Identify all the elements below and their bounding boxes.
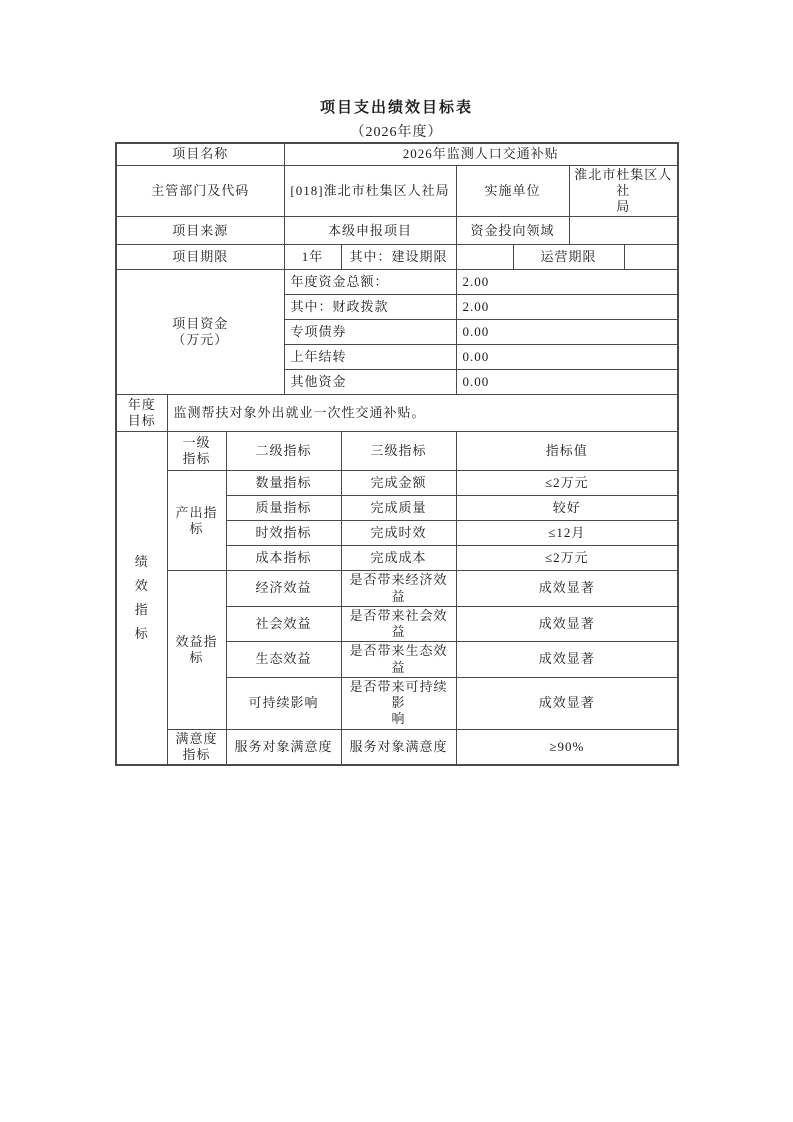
indicator-l3: 是否带来社会效益 (341, 606, 456, 642)
document-title: 项目支出绩效目标表 (0, 96, 793, 117)
project-source-label: 项目来源 (116, 217, 284, 245)
row-department: 主管部门及代码 [018]淮北市杜集区人社局 实施单位 淮北市杜集区人社 局 (116, 165, 678, 217)
document-page: 项目支出绩效目标表 （2026年度） 项目名称 2026年监测人口交通补贴 主管… (0, 0, 793, 1122)
indicator-value: 成效显著 (456, 571, 678, 607)
indicator-value: ≤12月 (456, 521, 678, 546)
project-name-value: 2026年监测人口交通补贴 (284, 143, 678, 165)
build-period-label: 其中：建设期限 (341, 245, 456, 270)
header-level2: 二级指标 (226, 432, 341, 471)
operate-period-value (624, 245, 678, 270)
indicator-l3: 是否带来生态效益 (341, 642, 456, 678)
fund-row: 项目资金 （万元） 年度资金总额： 2.00 (116, 270, 678, 295)
indicator-l2: 质量指标 (226, 496, 341, 521)
project-name-label: 项目名称 (116, 143, 284, 165)
impl-unit-label: 实施单位 (456, 165, 569, 217)
group-benefit-label: 效益指 标 (167, 571, 226, 729)
group-output-label: 产出指 标 (167, 471, 226, 571)
row-annual-goal: 年度 目标 监测帮扶对象外出就业一次性交通补贴。 (116, 395, 678, 432)
fund-row-value: 0.00 (456, 345, 678, 370)
fund-field-value (569, 217, 678, 245)
fund-row-value: 2.00 (456, 270, 678, 295)
performance-target-table: 项目名称 2026年监测人口交通补贴 主管部门及代码 [018]淮北市杜集区人社… (115, 142, 679, 766)
operate-period-label: 运营期限 (513, 245, 624, 270)
indicator-header-row: 绩 效 指 标 一级 指标 二级指标 三级指标 指标值 (116, 432, 678, 471)
row-project-name: 项目名称 2026年监测人口交通补贴 (116, 143, 678, 165)
indicator-value: 成效显著 (456, 642, 678, 678)
indicator-l3: 完成时效 (341, 521, 456, 546)
annual-goal-label: 年度 目标 (116, 395, 167, 432)
indicator-row: 产出指 标 数量指标 完成金额 ≤2万元 (116, 471, 678, 496)
indicator-l2: 社会效益 (226, 606, 341, 642)
fund-row-value: 0.00 (456, 320, 678, 345)
header-value: 指标值 (456, 432, 678, 471)
project-period-value: 1年 (284, 245, 341, 270)
fund-row-name: 其他资金 (284, 370, 456, 395)
group-satisfaction-label: 满意度 指标 (167, 729, 226, 765)
row-source: 项目来源 本级申报项目 资金投向领域 (116, 217, 678, 245)
indicator-l3: 服务对象满意度 (341, 729, 456, 765)
fund-row-name: 专项债券 (284, 320, 456, 345)
row-period: 项目期限 1年 其中：建设期限 运营期限 (116, 245, 678, 270)
build-period-value (456, 245, 513, 270)
fund-row-value: 0.00 (456, 370, 678, 395)
header-level1: 一级 指标 (167, 432, 226, 471)
indicator-l3: 是否带来可持续影 响 (341, 677, 456, 729)
indicator-row: 效益指 标 经济效益 是否带来经济效益 成效显著 (116, 571, 678, 607)
fund-row-name: 上年结转 (284, 345, 456, 370)
indicator-value: 成效显著 (456, 677, 678, 729)
project-period-label: 项目期限 (116, 245, 284, 270)
indicator-l2: 数量指标 (226, 471, 341, 496)
indicator-value: ≥90% (456, 729, 678, 765)
indicator-l2: 可持续影响 (226, 677, 341, 729)
fund-row-value: 2.00 (456, 295, 678, 320)
indicator-l3: 是否带来经济效益 (341, 571, 456, 607)
project-source-value: 本级申报项目 (284, 217, 456, 245)
indicator-l2: 经济效益 (226, 571, 341, 607)
impl-unit-value: 淮北市杜集区人社 局 (569, 165, 678, 217)
indicator-l3: 完成金额 (341, 471, 456, 496)
annual-goal-text: 监测帮扶对象外出就业一次性交通补贴。 (167, 395, 678, 432)
dept-code-value: [018]淮北市杜集区人社局 (284, 165, 456, 217)
indicator-value: 成效显著 (456, 606, 678, 642)
indicator-l3: 完成质量 (341, 496, 456, 521)
fund-row-name: 年度资金总额： (284, 270, 456, 295)
document-subtitle: （2026年度） (0, 121, 793, 141)
indicator-l2: 服务对象满意度 (226, 729, 341, 765)
indicator-value: ≤2万元 (456, 546, 678, 571)
fund-field-label: 资金投向领域 (456, 217, 569, 245)
dept-code-label: 主管部门及代码 (116, 165, 284, 217)
indicator-l2: 成本指标 (226, 546, 341, 571)
header-level3: 三级指标 (341, 432, 456, 471)
indicator-l2: 时效指标 (226, 521, 341, 546)
indicator-row: 满意度 指标 服务对象满意度 服务对象满意度 ≥90% (116, 729, 678, 765)
performance-indicator-side-label: 绩 效 指 标 (116, 432, 167, 765)
indicator-l2: 生态效益 (226, 642, 341, 678)
fund-row-name: 其中：财政拨款 (284, 295, 456, 320)
indicator-value: 较好 (456, 496, 678, 521)
indicator-value: ≤2万元 (456, 471, 678, 496)
indicator-l3: 完成成本 (341, 546, 456, 571)
project-funds-label: 项目资金 （万元） (116, 270, 284, 395)
